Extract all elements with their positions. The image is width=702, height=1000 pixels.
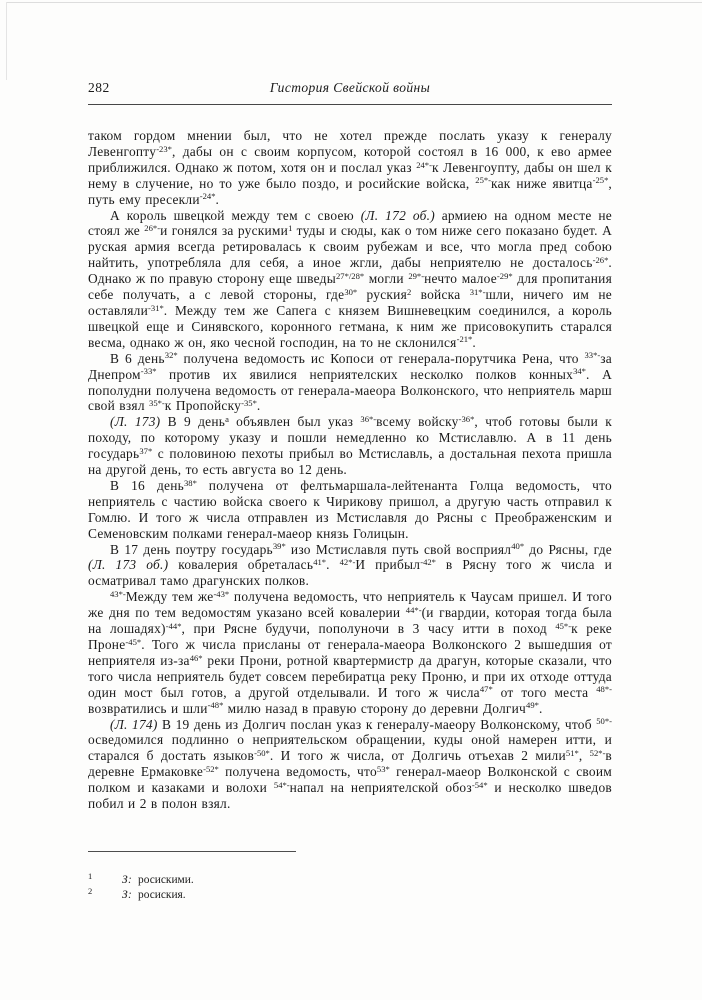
footnote-marker: -24*	[200, 191, 216, 201]
paragraph: А король швецкой между тем с своею (Л. 1…	[88, 208, 612, 351]
footnote-marker: 32*	[165, 350, 178, 360]
paragraph: таком гордом мнении был, что не хотел пр…	[88, 128, 612, 208]
footnote-marker: 2	[407, 287, 411, 297]
paragraph: (Л. 173) В 9 деньа объявлен был указ 36*…	[88, 414, 612, 478]
footnote-siglum: З:	[122, 889, 132, 901]
paragraph: В 17 день поутру государь39* изо Мстисла…	[88, 542, 612, 590]
footnote-marker: 41*	[313, 557, 326, 567]
footnote-list: 1З:росискими.2З:росиския.	[88, 873, 612, 903]
footnote-marker: 25*-	[475, 175, 491, 185]
text-run: могли	[364, 271, 408, 286]
footnote-marker: 44*-	[406, 605, 422, 615]
footnote-marker: 31*-	[470, 287, 486, 297]
footnote-marker: 46*	[190, 653, 203, 663]
footnote-marker: 35*-	[149, 398, 165, 408]
footnote-marker: 33*-	[585, 350, 601, 360]
footnote-marker: -26*	[593, 255, 609, 265]
page-number: 282	[88, 80, 110, 96]
text-run: . Между тем же Сапега с князем Вишневецк…	[88, 303, 612, 350]
footnote-marker: -52*	[203, 764, 219, 774]
running-title: Гистория Свейской войны	[88, 80, 612, 96]
text-run: изо Мстиславля путь свой восприял	[286, 542, 511, 557]
text-run: нечто малое	[424, 271, 497, 286]
footnote: 1З:росискими.	[88, 873, 612, 888]
footnote-marker: -21*	[457, 334, 473, 344]
footnote-marker: -50*	[254, 748, 270, 758]
footnote-marker: -29*	[497, 271, 513, 281]
footnote-marker: 48*-	[596, 684, 612, 694]
footnote-marker: 29*-	[408, 271, 424, 281]
text-run: В 17 день поутру государь	[110, 542, 273, 557]
footnote-marker: 36*-	[360, 414, 376, 424]
text-run: напал на неприятелской обоз	[290, 780, 472, 795]
footnote-marker: -36*	[459, 414, 475, 424]
footnote-marker: 37*	[139, 446, 152, 456]
footnote-marker: -44*	[166, 621, 182, 631]
footnote-text: росискими.	[138, 874, 194, 886]
paragraph: В 6 день32* получена ведомость ис Копоси…	[88, 351, 612, 415]
footnote-marker: -54*	[472, 780, 488, 790]
header-rule	[88, 104, 612, 105]
footnote-marker: 43*-	[110, 589, 126, 599]
footnote-marker: 40*	[511, 541, 524, 551]
footnote-marker: 39*	[273, 541, 286, 551]
body-text: таком гордом мнении был, что не хотел пр…	[88, 128, 612, 812]
footnote-marker: -25*	[593, 175, 609, 185]
text-run: Между тем же	[126, 589, 214, 604]
footnote-marker: 51*	[566, 748, 579, 758]
text-run: .	[539, 701, 543, 716]
text-run: войска	[411, 287, 469, 302]
text-run: руския	[357, 287, 407, 302]
text-run: .	[257, 398, 261, 413]
text-run: В 9 день	[160, 414, 225, 429]
paragraph: В 16 день38* получена от фелтьмаршала-ле…	[88, 478, 612, 542]
footnote-marker: -45*	[125, 637, 141, 647]
footnote-marker: -43*	[213, 589, 229, 599]
text-run: , при Рясне будучи, пополуночи в 3 часу …	[182, 621, 556, 636]
text-run: И прибыл	[355, 557, 420, 572]
footnote-marker: -23*	[156, 144, 172, 154]
text-run: всему войску	[376, 414, 458, 429]
footnote-marker: 34*	[573, 366, 586, 376]
footnote-marker: а	[225, 414, 229, 424]
text-run: как ниже явитца	[491, 176, 593, 191]
footnote-marker: 27*/28*	[336, 271, 364, 281]
footnotes-section: 1З:росискими.2З:росиския.	[88, 851, 612, 903]
footnote-text: росиския.	[138, 889, 186, 901]
footnote-marker: 24*-	[416, 160, 432, 170]
text-run: .	[216, 192, 220, 207]
footnote-marker: -42*	[420, 557, 436, 567]
footnote-marker: -31*	[148, 303, 164, 313]
text-run: ,	[579, 748, 590, 763]
text-run: до Рясны, где	[524, 542, 612, 557]
page-header: 282 Гистория Свейской войны	[88, 80, 612, 97]
footnote-siglum: З:	[122, 874, 132, 886]
footnote-marker: 54*-	[274, 780, 290, 790]
footnote-marker: 1	[288, 223, 292, 233]
folio-reference: (Л. 173 об.)	[88, 557, 168, 572]
footnote-marker: -48*	[208, 700, 224, 710]
text-run: к Пропойску	[165, 398, 241, 413]
folio-reference: (Л. 174)	[110, 717, 158, 732]
folio-reference: (Л. 173)	[110, 414, 160, 429]
footnote-marker: -35*	[241, 398, 257, 408]
footnote-marker: 52*-	[590, 748, 606, 758]
footnote-marker: 49*	[526, 700, 539, 710]
footnote-marker: -33*	[141, 366, 157, 376]
text-run: получена ведомость ис Копоси от генерала…	[178, 351, 585, 366]
text-run: против их явилися неприятелских несколко…	[157, 367, 574, 382]
footnote-marker: 26*-	[144, 223, 160, 233]
text-run: возвратились и шли	[88, 701, 208, 716]
footnote-marker: 45*-	[555, 621, 571, 631]
text-run: объявлен был указ	[229, 414, 360, 429]
paragraph: (Л. 174) В 19 день из Долгич послан указ…	[88, 717, 612, 812]
text-run: от того места	[493, 685, 597, 700]
footnote-marker: 50*-	[596, 716, 612, 726]
footnote-marker: 53*	[377, 764, 390, 774]
scan-edge-left	[6, 2, 7, 80]
text-run: В 6 день	[110, 351, 165, 366]
text-run: .	[472, 335, 476, 350]
text-run: В 19 день из Долгич послан указ к генера…	[158, 717, 597, 732]
folio-reference: (Л. 172 об.)	[361, 208, 435, 223]
footnote-marker: 30*	[344, 287, 357, 297]
footnote-marker: 42*-	[340, 557, 356, 567]
text-run: .	[326, 557, 340, 572]
scan-edge-top	[6, 2, 702, 3]
paragraph: 43*-Между тем же-43* получена ведомость,…	[88, 589, 612, 716]
footnote: 2З:росиския.	[88, 888, 612, 903]
text-run: . И того ж числа, от Долгичь отъехав 2 м…	[270, 748, 566, 763]
text-run: В 16 день	[110, 478, 184, 493]
text-run: с половиною пехоты прибыл во Мстиславль,…	[88, 446, 612, 477]
footnote-marker: 38*	[184, 478, 197, 488]
text-run: получена ведомость, что	[219, 764, 377, 779]
text-run: ковалерия обреталась	[168, 557, 313, 572]
footnote-rule	[88, 851, 296, 852]
text-run: и гонялся за рускими	[160, 223, 288, 238]
text-run: А король швецкой между тем с своею	[110, 208, 361, 223]
footnote-marker: 47*	[480, 684, 493, 694]
text-run: милю назад в правую сторону до деревни Д…	[223, 701, 526, 716]
text-block: 282 Гистория Свейской войны таком гордом…	[88, 80, 612, 812]
